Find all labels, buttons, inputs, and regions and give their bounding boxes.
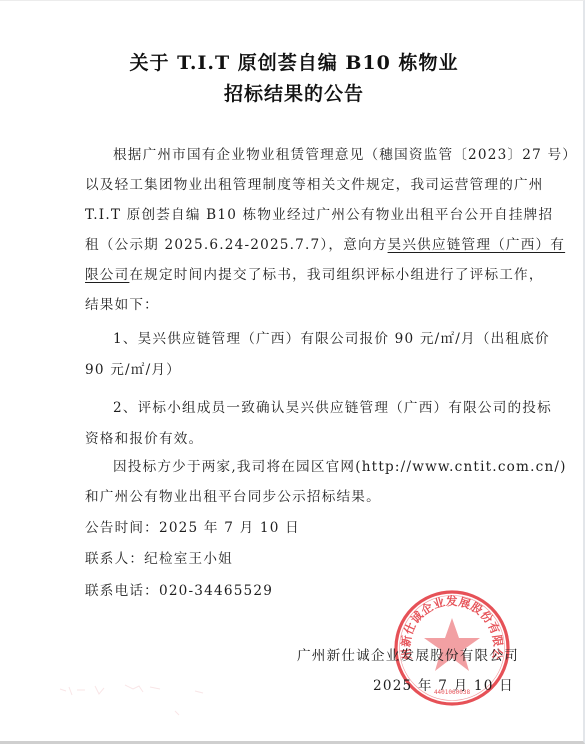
paragraph1-line5: 限公司在规定时间内提交了标书，我司组织评标小组进行了评标工作，	[85, 266, 544, 284]
signature-date: 2025 年 7 月 10 日	[373, 677, 514, 695]
document-title-line2: 招标结果的公告	[0, 79, 588, 106]
bleed-through-marks	[55, 681, 235, 721]
contact-phone: 联系电话：020-34465529	[85, 582, 273, 600]
announce-time: 公告时间：2025 年 7 月 10 日	[85, 519, 300, 537]
bidder-name-underlined-cont: 限公司	[85, 267, 129, 283]
paragraph3-line2: 和广州公有物业出租平台同步公示招标结果。	[85, 488, 381, 506]
result-item2-line1: 2、评标小组成员一致确认昊兴供应链管理（广西）有限公司的投标	[113, 399, 552, 417]
document-title-line1: 关于 T.I.T 原创荟自编 B10 栋物业	[0, 48, 588, 75]
paragraph1-line5-suffix: 在规定时间内提交了标书，我司组织评标小组进行了评标工作，	[129, 267, 543, 283]
result-item1-line2: 90 元/㎡/月）	[85, 361, 181, 379]
result-item1-line1: 1、昊兴供应链管理（广西）有限公司报价 90 元/㎡/月（出租底价	[113, 330, 550, 348]
document-page: 关于 T.I.T 原创荟自编 B10 栋物业 招标结果的公告 根据广州市国有企业…	[0, 0, 585, 744]
paragraph1-line3: T.I.T 原创荟自编 B10 栋物业经过广州公有物业出租平台公开自挂牌招	[85, 206, 553, 224]
paragraph1-line1: 根据广州市国有企业物业租赁管理意见（穗国资监管〔2023〕27 号）	[113, 146, 577, 164]
paragraph1-line4: 租（公示期 2025.6.24-2025.7.7），意向方昊兴供应链管理（广西）…	[85, 236, 565, 254]
contact-person: 联系人：纪检室王小姐	[85, 550, 233, 568]
paragraph1-line2: 以及轻工集团物业出租管理制度等相关文件规定，我司运营管理的广州	[85, 176, 544, 194]
paragraph1-line4-prefix: 租（公示期 2025.6.24-2025.7.7），意向方	[85, 237, 388, 253]
paragraph1-line6: 结果如下：	[85, 296, 159, 314]
paragraph3-line1: 因投标方少于两家,我司将在园区官网(http://www.cntit.com.c…	[113, 458, 567, 476]
result-item2-line2: 资格和报价有效。	[85, 430, 203, 448]
signature-company: 广州新仕诚企业发展股份有限公司	[297, 647, 519, 665]
bidder-name-underlined: 昊兴供应链管理（广西）有	[388, 237, 566, 253]
